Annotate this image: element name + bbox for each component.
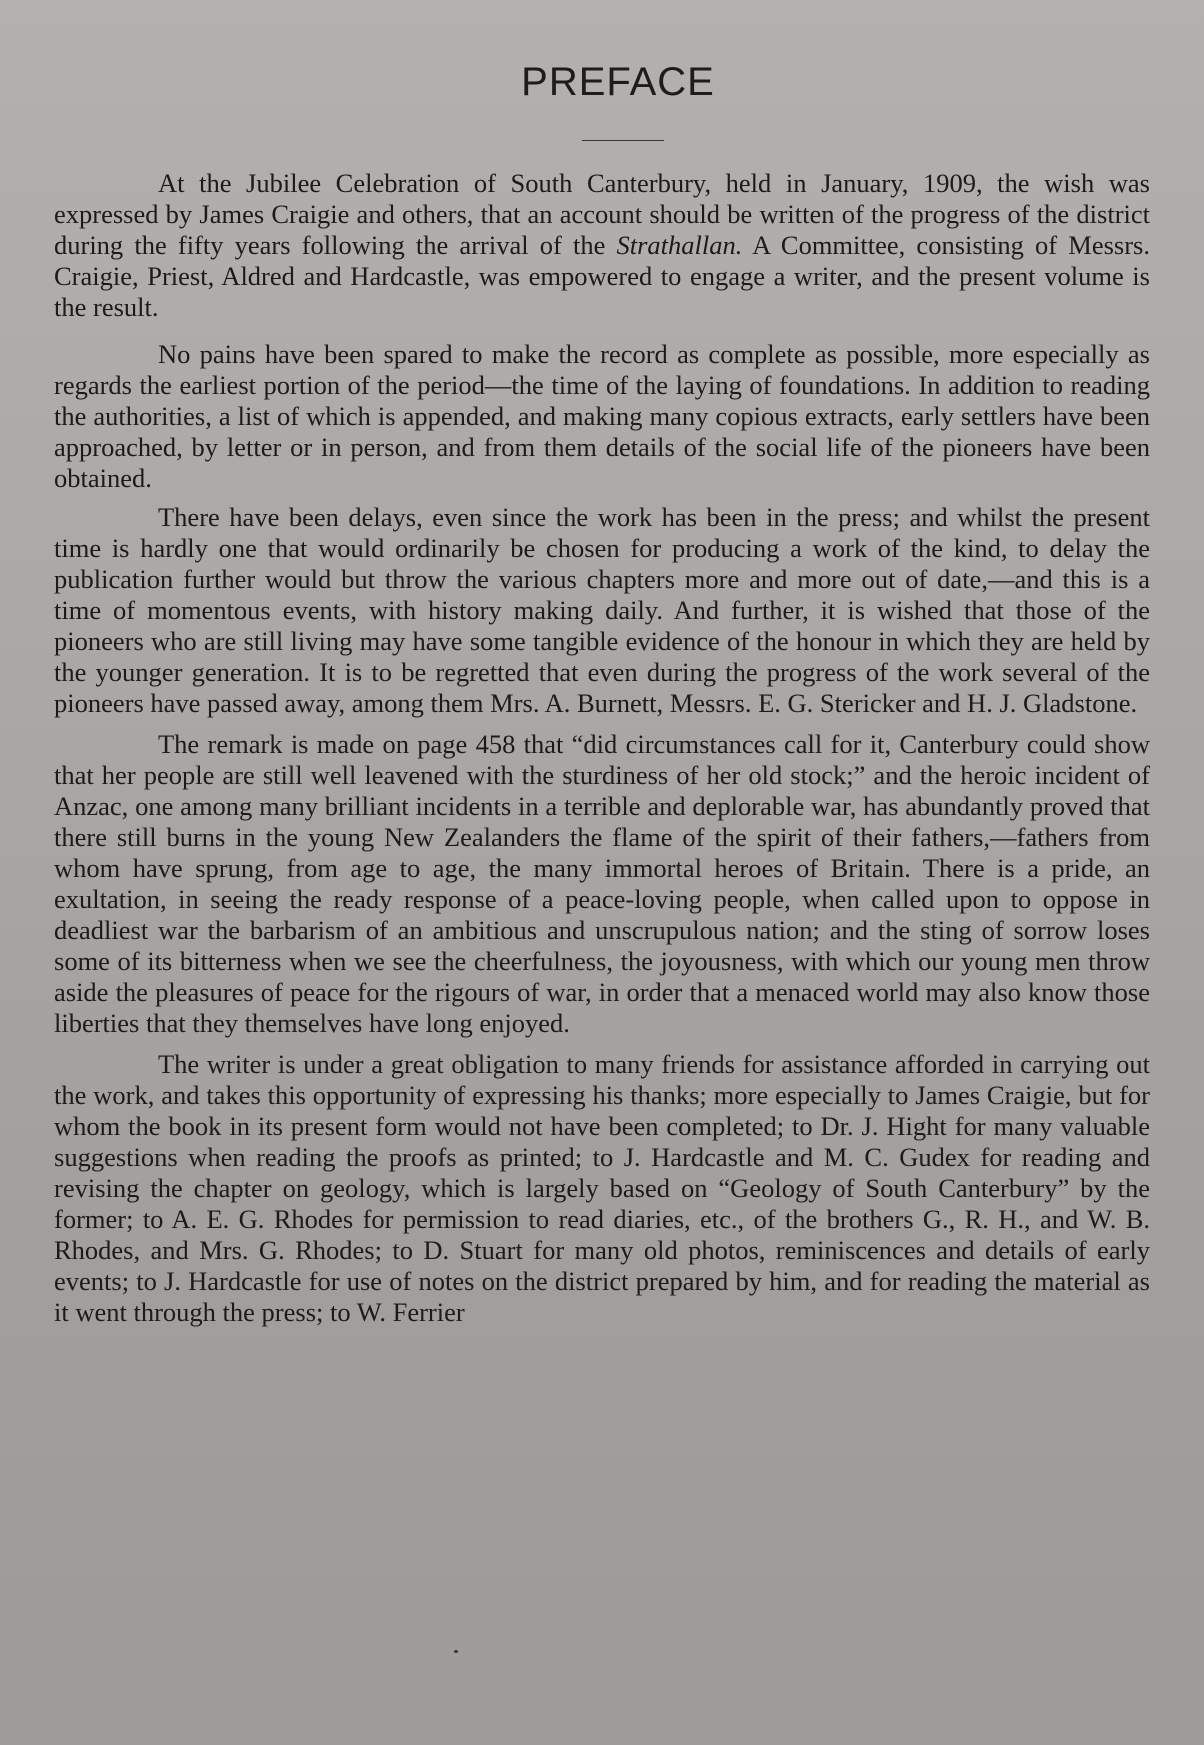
ship-name-italic: Strathallan. xyxy=(616,230,742,260)
paragraph-research: No pains have been spared to make the re… xyxy=(54,339,1150,494)
paper-speck xyxy=(454,1650,458,1653)
book-page: PREFACE At the Jubilee Celebration of So… xyxy=(0,0,1204,1745)
paragraph-anzac: The remark is made on page 458 that “did… xyxy=(54,729,1150,1039)
paragraph-acknowledgements: The writer is under a great obligation t… xyxy=(54,1049,1150,1328)
paragraph-delays: There have been delays, even since the w… xyxy=(54,502,1150,719)
paragraph-jubilee: At the Jubilee Celebration of South Cant… xyxy=(54,168,1150,323)
page-title: PREFACE xyxy=(0,60,1204,105)
title-divider-rule xyxy=(582,140,664,141)
preface-body: At the Jubilee Celebration of South Cant… xyxy=(54,168,1150,1338)
